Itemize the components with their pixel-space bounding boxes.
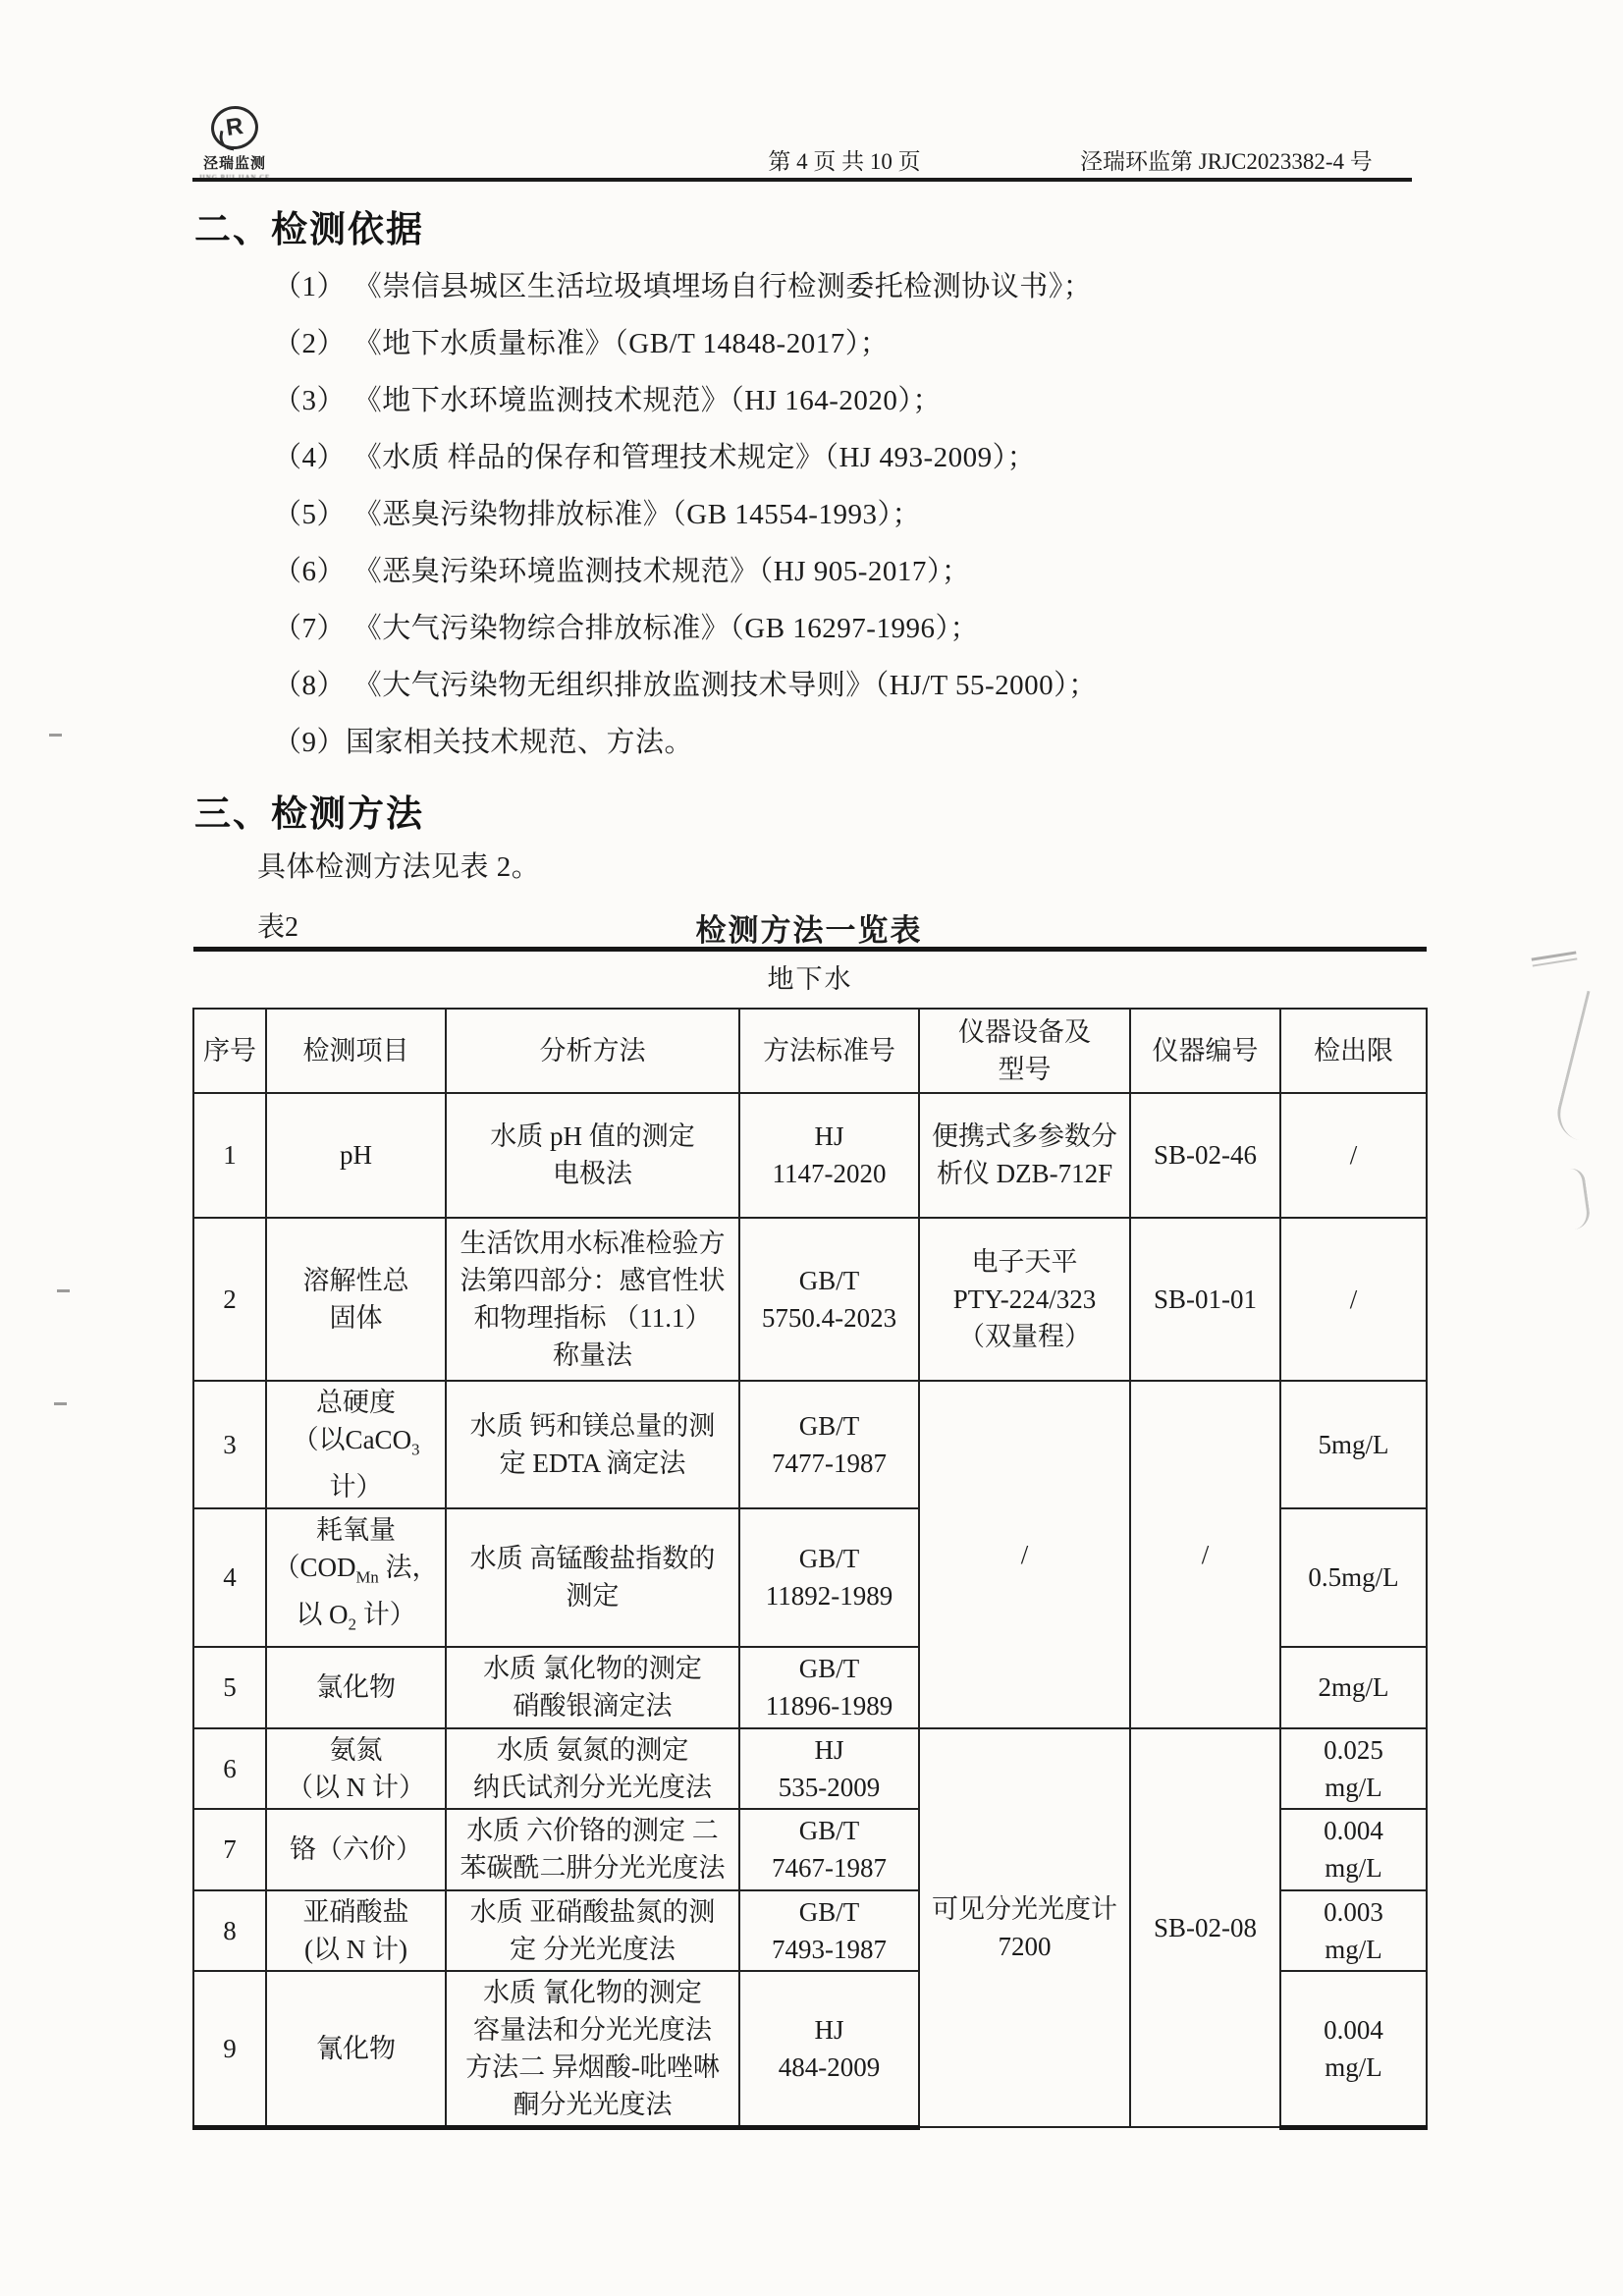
col-standard: 方法标准号 (739, 1009, 919, 1093)
header-rule (192, 178, 1412, 182)
row-2-item: 溶解性总 固体 (266, 1218, 446, 1381)
table-caption: 表2 检测方法一览表 (192, 905, 1426, 947)
logo-circle-icon: R (208, 103, 261, 152)
col-limit: 检出限 (1280, 1009, 1427, 1093)
row-4-limit: 0.5mg/L (1280, 1508, 1427, 1647)
row-1-limit: / (1280, 1093, 1427, 1218)
row-3-standard: GB/T 7477-1987 (739, 1381, 919, 1508)
row-2-instrument-id: SB-01-01 (1130, 1218, 1280, 1381)
row-6-method: 水质 氨氮的测定 纳氏试剂分光光度法 (446, 1728, 739, 1809)
row-2-instrument: 电子天平 PTY-224/323 （双量程） (919, 1218, 1130, 1381)
reference-item-9: （9）国家相关技术规范、方法。 (273, 721, 1432, 778)
col-method: 分析方法 (446, 1009, 739, 1093)
row-7-no: 7 (193, 1809, 266, 1890)
row-1-instrument: 便携式多参数分 析仪 DZB-712F (919, 1093, 1130, 1218)
reference-item-1: （1） 《崇信县城区生活垃圾填埋场自行检测委托检测协议书》； (273, 265, 1432, 322)
row-2-standard: GB/T 5750.4-2023 (739, 1218, 919, 1381)
table-header-row: 序号 检测项目 分析方法 方法标准号 仪器设备及 型号 仪器编号 检出限 (193, 1009, 1427, 1093)
table-title: 检测方法一览表 (192, 905, 1426, 950)
row-1-item: pH (266, 1093, 446, 1218)
col-item: 检测项目 (266, 1009, 446, 1093)
row-4-standard: GB/T 11892-1989 (739, 1508, 919, 1647)
row-2-limit: / (1280, 1218, 1427, 1381)
scan-artifact (49, 734, 62, 737)
scan-artifact (1555, 1167, 1592, 1230)
row-6-no: 6 (193, 1728, 266, 1809)
row-5-item: 氯化物 (266, 1647, 446, 1728)
document-number: 泾瑞环监第 JRJC2023382-4 号 (1080, 143, 1414, 176)
row-9-method: 水质 氰化物的测定 容量法和分光光度法 方法二 异烟酸-吡唑啉 酮分光光度法 (446, 1971, 739, 2128)
row-8-standard: GB/T 7493-1987 (739, 1890, 919, 1971)
row-3-method: 水质 钙和镁总量的测 定 EDTA 滴定法 (446, 1381, 739, 1508)
logo-monogram: R (224, 113, 244, 142)
row-9-standard: HJ 484-2009 (739, 1971, 919, 2128)
section-3-title: 三、检测方法 (194, 784, 424, 837)
row-4-item: 耗氧量（CODMn 法，以 O2 计） (266, 1508, 446, 1647)
reference-item-8: （8） 《大气污染物无组织排放监测技术导则》（HJ/T 55-2000）； (273, 664, 1432, 721)
row-1-method: 水质 pH 值的测定 电极法 (446, 1093, 739, 1218)
row-2-no: 2 (193, 1218, 266, 1381)
row-7-method: 水质 六价铬的测定 二 苯碳酰二肼分光光度法 (446, 1809, 739, 1890)
rows-6-9-instrument-id: SB-02-08 (1130, 1728, 1280, 2128)
reference-item-3: （3） 《地下水环境监测技术规范》（HJ 164-2020）； (273, 379, 1432, 436)
reference-item-7: （7） 《大气污染物综合排放标准》（GB 16297-1996）； (273, 607, 1432, 664)
row-5-standard: GB/T 11896-1989 (739, 1647, 919, 1728)
row-6-item: 氨氮 （以 N 计） (266, 1728, 446, 1809)
scanned-report-page: R 泾瑞监测 JING RUI JIAN CE 第 4 页 共 10 页 泾瑞环… (0, 0, 1623, 2296)
rows-6-9-instrument: 可见分光光度计 7200 (919, 1728, 1130, 2128)
row-9-item: 氰化物 (266, 1971, 446, 2128)
table-subtitle-row: 地下水 (193, 950, 1427, 1009)
row-4-method: 水质 高锰酸盐指数的 测定 (446, 1508, 739, 1647)
section-2-title: 二、检测依据 (194, 199, 424, 252)
row-7-standard: GB/T 7467-1987 (739, 1809, 919, 1890)
col-instrument-id: 仪器编号 (1130, 1009, 1280, 1093)
reference-list: （1） 《崇信县城区生活垃圾填埋场自行检测委托检测协议书》； （2） 《地下水质… (273, 265, 1432, 778)
reference-item-6: （6） 《恶臭污染环境监测技术规范》（HJ 905-2017）； (273, 550, 1432, 607)
row-5-method: 水质 氯化物的测定 硝酸银滴定法 (446, 1647, 739, 1728)
page-number: 第 4 页 共 10 页 (736, 143, 952, 176)
row-1-instrument-id: SB-02-46 (1130, 1093, 1280, 1218)
row-8-no: 8 (193, 1890, 266, 1971)
row-3-item: 总硬度（以CaCO3计） (266, 1381, 446, 1508)
detection-method-table: 地下水 序号 检测项目 分析方法 方法标准号 仪器设备及 型号 仪器编号 检出限… (192, 947, 1428, 2130)
rows-3-5-instrument-id: / (1130, 1381, 1280, 1728)
section-3-intro: 具体检测方法见表 2。 (257, 845, 540, 885)
scan-artifact (57, 1289, 70, 1292)
table-row-1: 1 pH 水质 pH 值的测定 电极法 HJ 1147-2020 便携式多参数分… (193, 1093, 1427, 1218)
row-6-standard: HJ 535-2009 (739, 1728, 919, 1809)
scan-artifact (1551, 991, 1614, 1141)
row-8-method: 水质 亚硝酸盐氮的测 定 分光光度法 (446, 1890, 739, 1971)
reference-item-2: （2） 《地下水质量标准》（GB/T 14848-2017）； (273, 322, 1432, 379)
table-row-2: 2 溶解性总 固体 生活饮用水标准检验方 法第四部分：感官性状 和物理指标 （1… (193, 1218, 1427, 1381)
table-subtitle: 地下水 (193, 950, 1427, 1009)
row-3-no: 3 (193, 1381, 266, 1508)
rows-3-5-instrument: / (919, 1381, 1130, 1728)
row-5-limit: 2mg/L (1280, 1647, 1427, 1728)
row-5-no: 5 (193, 1647, 266, 1728)
logo-company-name: 泾瑞监测 (192, 152, 277, 173)
col-serial: 序号 (193, 1009, 266, 1093)
row-3-limit: 5mg/L (1280, 1381, 1427, 1508)
row-4-no: 4 (193, 1508, 266, 1647)
row-9-limit: 0.004 mg/L (1280, 1971, 1427, 2128)
company-logo: R 泾瑞监测 JING RUI JIAN CE (192, 106, 277, 182)
row-1-no: 1 (193, 1093, 266, 1218)
row-8-item: 亚硝酸盐 (以 N 计) (266, 1890, 446, 1971)
row-1-standard: HJ 1147-2020 (739, 1093, 919, 1218)
col-instrument: 仪器设备及 型号 (919, 1009, 1130, 1093)
table-row-6: 6 氨氮 （以 N 计） 水质 氨氮的测定 纳氏试剂分光光度法 HJ 535-2… (193, 1728, 1427, 1809)
reference-item-4: （4） 《水质 样品的保存和管理技术规定》（HJ 493-2009）； (273, 436, 1432, 493)
row-6-limit: 0.025 mg/L (1280, 1728, 1427, 1809)
row-8-limit: 0.003 mg/L (1280, 1890, 1427, 1971)
row-9-no: 9 (193, 1971, 266, 2128)
table-row-3: 3 总硬度（以CaCO3计） 水质 钙和镁总量的测 定 EDTA 滴定法 GB/… (193, 1381, 1427, 1508)
row-2-method: 生活饮用水标准检验方 法第四部分：感官性状 和物理指标 （11.1） 称量法 (446, 1218, 739, 1381)
scan-artifact (54, 1402, 67, 1405)
scan-artifact (1532, 951, 1578, 966)
row-7-item: 铬（六价） (266, 1809, 446, 1890)
reference-item-5: （5） 《恶臭污染物排放标准》（GB 14554-1993）； (273, 493, 1432, 550)
row-7-limit: 0.004 mg/L (1280, 1809, 1427, 1890)
